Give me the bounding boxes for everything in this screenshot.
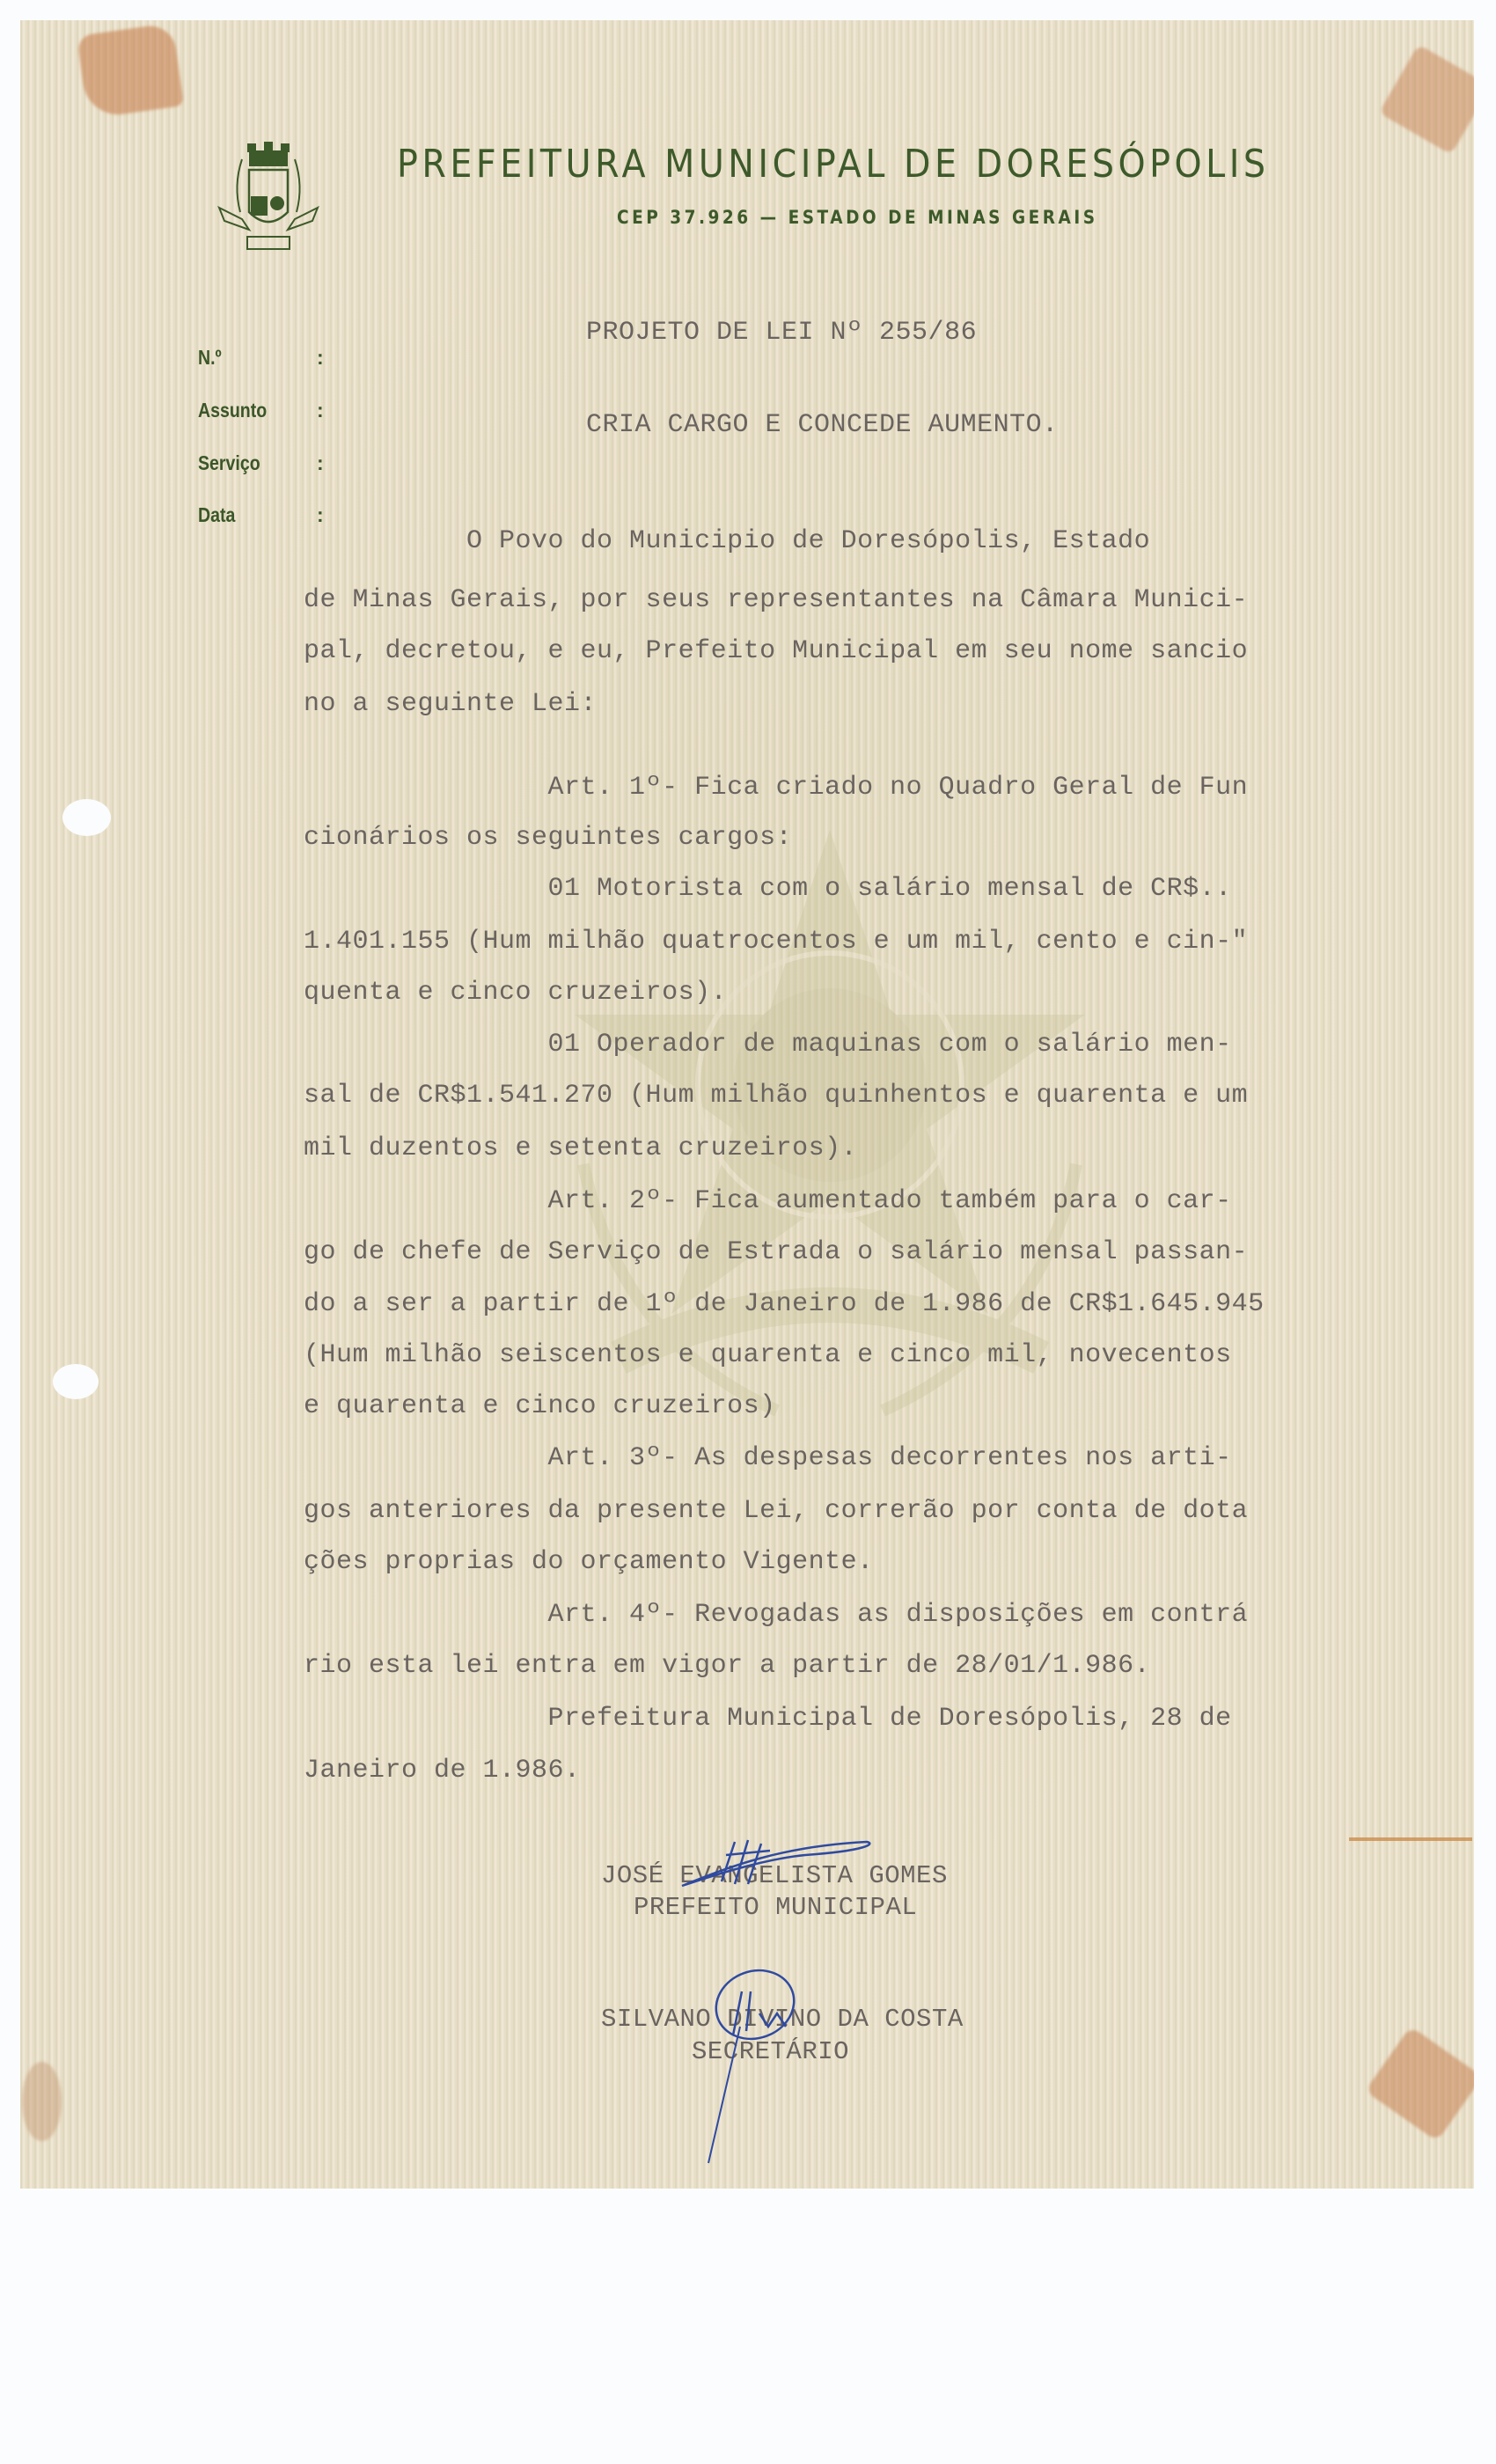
body-line: Prefeitura Municipal de Doresópolis, 28 … bbox=[304, 1704, 1232, 1734]
body-line: quenta e cinco cruzeiros). bbox=[304, 978, 727, 1008]
letterhead-subtitle: CEP 37.926 — ESTADO DE MINAS GERAIS bbox=[617, 207, 1098, 228]
field-label-data: Data bbox=[198, 503, 235, 527]
body-line: gos anteriores da presente Lei, correrão… bbox=[304, 1496, 1248, 1526]
field-colon-assunto: : bbox=[317, 399, 324, 422]
rust-stain-bottom-left bbox=[22, 2062, 62, 2141]
body-line: Janeiro de 1.986. bbox=[304, 1756, 581, 1786]
body-line: 01 Motorista com o salário mensal de CR$… bbox=[304, 874, 1232, 904]
body-line: de Minas Gerais, por seus representantes… bbox=[304, 585, 1248, 615]
bill-heading: PROJETO DE LEI Nº 255/86 bbox=[586, 318, 977, 348]
field-label-servico: Serviço bbox=[198, 451, 260, 475]
mayor-title: PREFEITO MUNICIPAL bbox=[634, 1893, 917, 1922]
body-line: 01 Operador de maquinas com o salário me… bbox=[304, 1030, 1232, 1060]
body-line: O Povo do Municipio de Doresópolis, Esta… bbox=[304, 526, 1150, 556]
body-line: sal de CR$1.541.270 (Hum milhão quinhent… bbox=[304, 1081, 1248, 1111]
field-label-assunto: Assunto bbox=[198, 399, 267, 422]
body-line: mil duzentos e setenta cruzeiros). bbox=[304, 1133, 857, 1163]
body-line: do a ser a partir de 1º de Janeiro de 1.… bbox=[304, 1289, 1265, 1319]
body-line: rio esta lei entra em vigor a partir de … bbox=[304, 1651, 1150, 1681]
body-line: ções proprias do orçamento Vigente. bbox=[304, 1547, 874, 1577]
body-line: Art. 3º- As despesas decorrentes nos art… bbox=[304, 1443, 1232, 1473]
field-colon-data: : bbox=[317, 503, 324, 527]
rust-dashes-right bbox=[1349, 1837, 1472, 1841]
municipal-crest-icon bbox=[216, 142, 321, 260]
body-line: go de chefe de Serviço de Estrada o salá… bbox=[304, 1237, 1248, 1267]
body-line: cionários os seguintes cargos: bbox=[304, 823, 792, 853]
body-line: Art. 2º- Fica aumentado também para o ca… bbox=[304, 1186, 1232, 1216]
field-label-number: N.º bbox=[198, 346, 222, 370]
body-line: Art. 1º- Fica criado no Quadro Geral de … bbox=[304, 773, 1248, 803]
secretary-signature-icon bbox=[707, 1965, 812, 2167]
body-line: Art. 4º- Revogadas as disposições em con… bbox=[304, 1600, 1248, 1630]
punch-hole-top bbox=[62, 799, 111, 836]
bill-subject: CRIA CARGO E CONCEDE AUMENTO. bbox=[586, 410, 1059, 440]
body-line: (Hum milhão seiscentos e quarenta e cinc… bbox=[304, 1340, 1232, 1370]
rust-stain-top-right bbox=[1379, 44, 1474, 154]
field-colon-servico: : bbox=[317, 451, 324, 475]
rust-stain-top-left bbox=[77, 23, 184, 119]
body-line: no a seguinte Lei: bbox=[304, 689, 597, 719]
body-line: pal, decretou, e eu, Prefeito Municipal … bbox=[304, 636, 1248, 666]
letterhead-title: PREFEITURA MUNICIPAL DE DORESÓPOLIS bbox=[397, 142, 1270, 187]
document-page: PREFEITURA MUNICIPAL DE DORESÓPOLIS CEP … bbox=[20, 20, 1474, 2189]
field-colon-number: : bbox=[317, 346, 324, 370]
punch-hole-bottom bbox=[53, 1364, 99, 1399]
body-line: 1.401.155 (Hum milhão quatrocentos e um … bbox=[304, 927, 1248, 957]
mayor-signature-icon bbox=[673, 1833, 876, 1895]
rust-stain-bottom-right bbox=[1365, 2026, 1474, 2141]
body-line: e quarenta e cinco cruzeiros) bbox=[304, 1391, 776, 1421]
